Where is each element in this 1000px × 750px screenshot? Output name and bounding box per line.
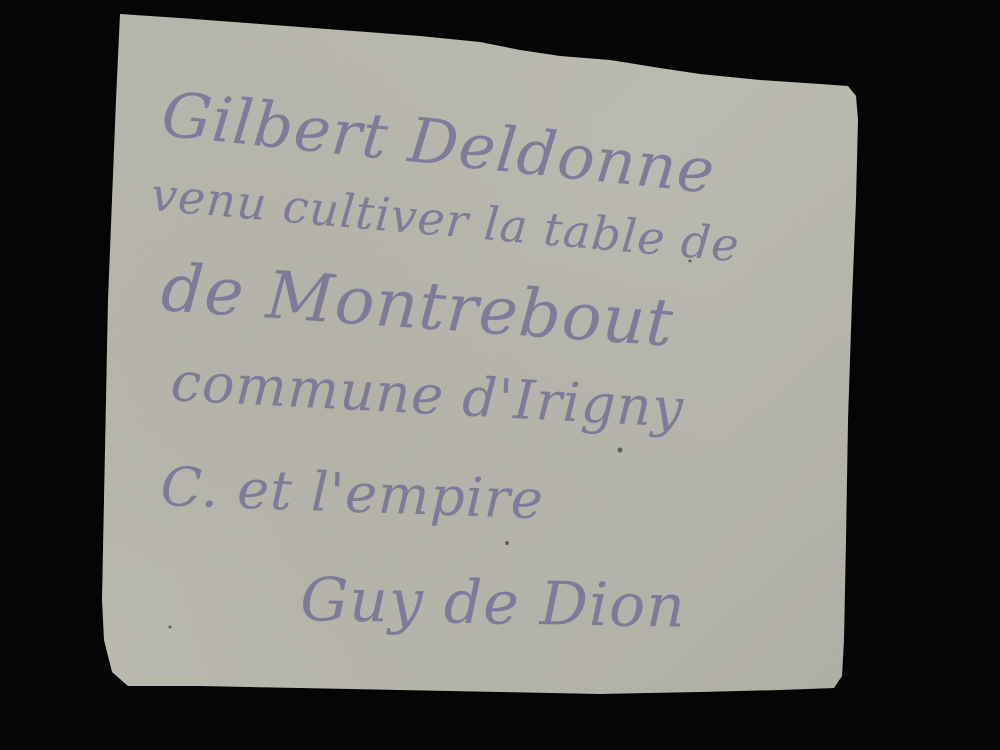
note-photograph: Gilbert Deldonne venu cultiver la table …: [0, 0, 1000, 750]
note-line-5: C. et l'empire: [160, 455, 545, 531]
note-line-6: Guy de Dion: [300, 565, 687, 642]
